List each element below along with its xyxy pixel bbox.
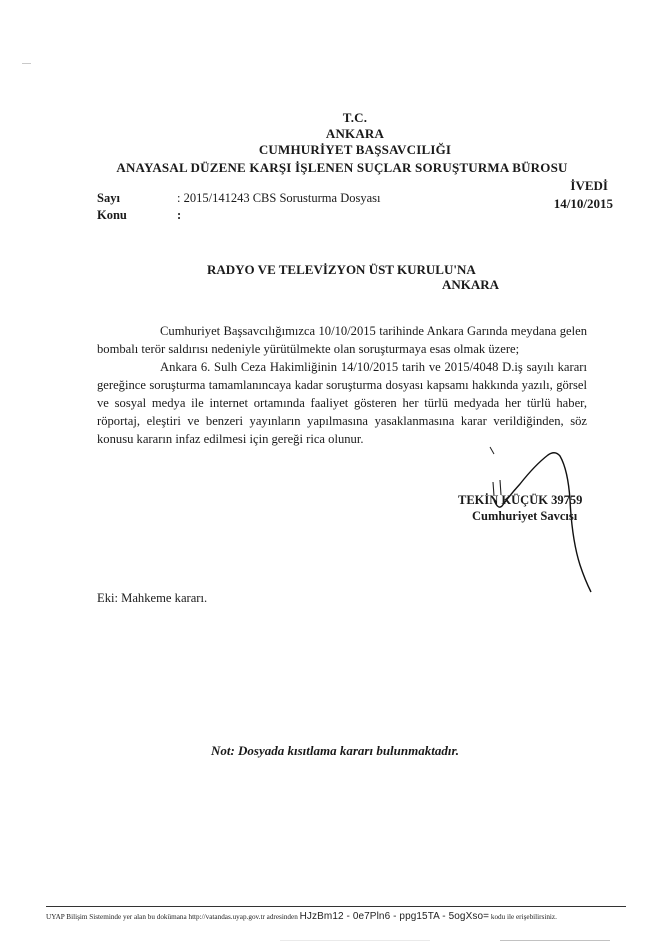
- number-label: Sayı: [97, 190, 120, 207]
- scan-artifact: [22, 63, 31, 64]
- body-paragraph: Cumhuriyet Başsavcılığımızca 10/10/2015 …: [97, 322, 587, 358]
- recipient-name: RADYO VE TELEVİZYON ÜST KURULU'NA: [207, 262, 476, 278]
- header-bureau: ANAYASAL DÜZENE KARŞI İŞLENEN SUÇLAR SOR…: [42, 160, 642, 176]
- signer-name: TEKİN KÜÇÜK 39759: [458, 492, 582, 509]
- subject-value: :: [177, 207, 181, 224]
- footer-prefix: UYAP Bilişim Sisteminde yer alan bu dokü…: [46, 913, 298, 921]
- footer-verification: UYAP Bilişim Sisteminde yer alan bu dokü…: [46, 911, 646, 923]
- footer-divider: [46, 906, 626, 907]
- footer-suffix: kodu ile erişebilirsiniz.: [491, 913, 557, 921]
- urgency-label: İVEDİ: [570, 178, 608, 194]
- header-office: CUMHURİYET BAŞSAVCILIĞI: [20, 142, 670, 158]
- document-date: 14/10/2015: [554, 196, 613, 212]
- signer-title: Cumhuriyet Savcısı: [472, 508, 577, 525]
- attachment-note: Eki: Mahkeme kararı.: [97, 591, 207, 606]
- restriction-note: Not: Dosyada kısıtlama kararı bulunmakta…: [0, 743, 670, 759]
- body-paragraph: Ankara 6. Sulh Ceza Hakimliğinin 14/10/2…: [97, 358, 587, 448]
- header-city: ANKARA: [20, 126, 670, 142]
- subject-label: Konu: [97, 207, 127, 224]
- scan-artifact: [500, 940, 610, 941]
- number-value: : 2015/141243 CBS Sorusturma Dosyası: [177, 190, 381, 207]
- recipient-city: ANKARA: [442, 277, 499, 293]
- verification-code: HJzBm12 - 0e7Pln6 - ppg15TA - 5ogXso=: [300, 911, 489, 922]
- header-state: T.C.: [20, 110, 670, 126]
- scan-artifact: [280, 940, 430, 941]
